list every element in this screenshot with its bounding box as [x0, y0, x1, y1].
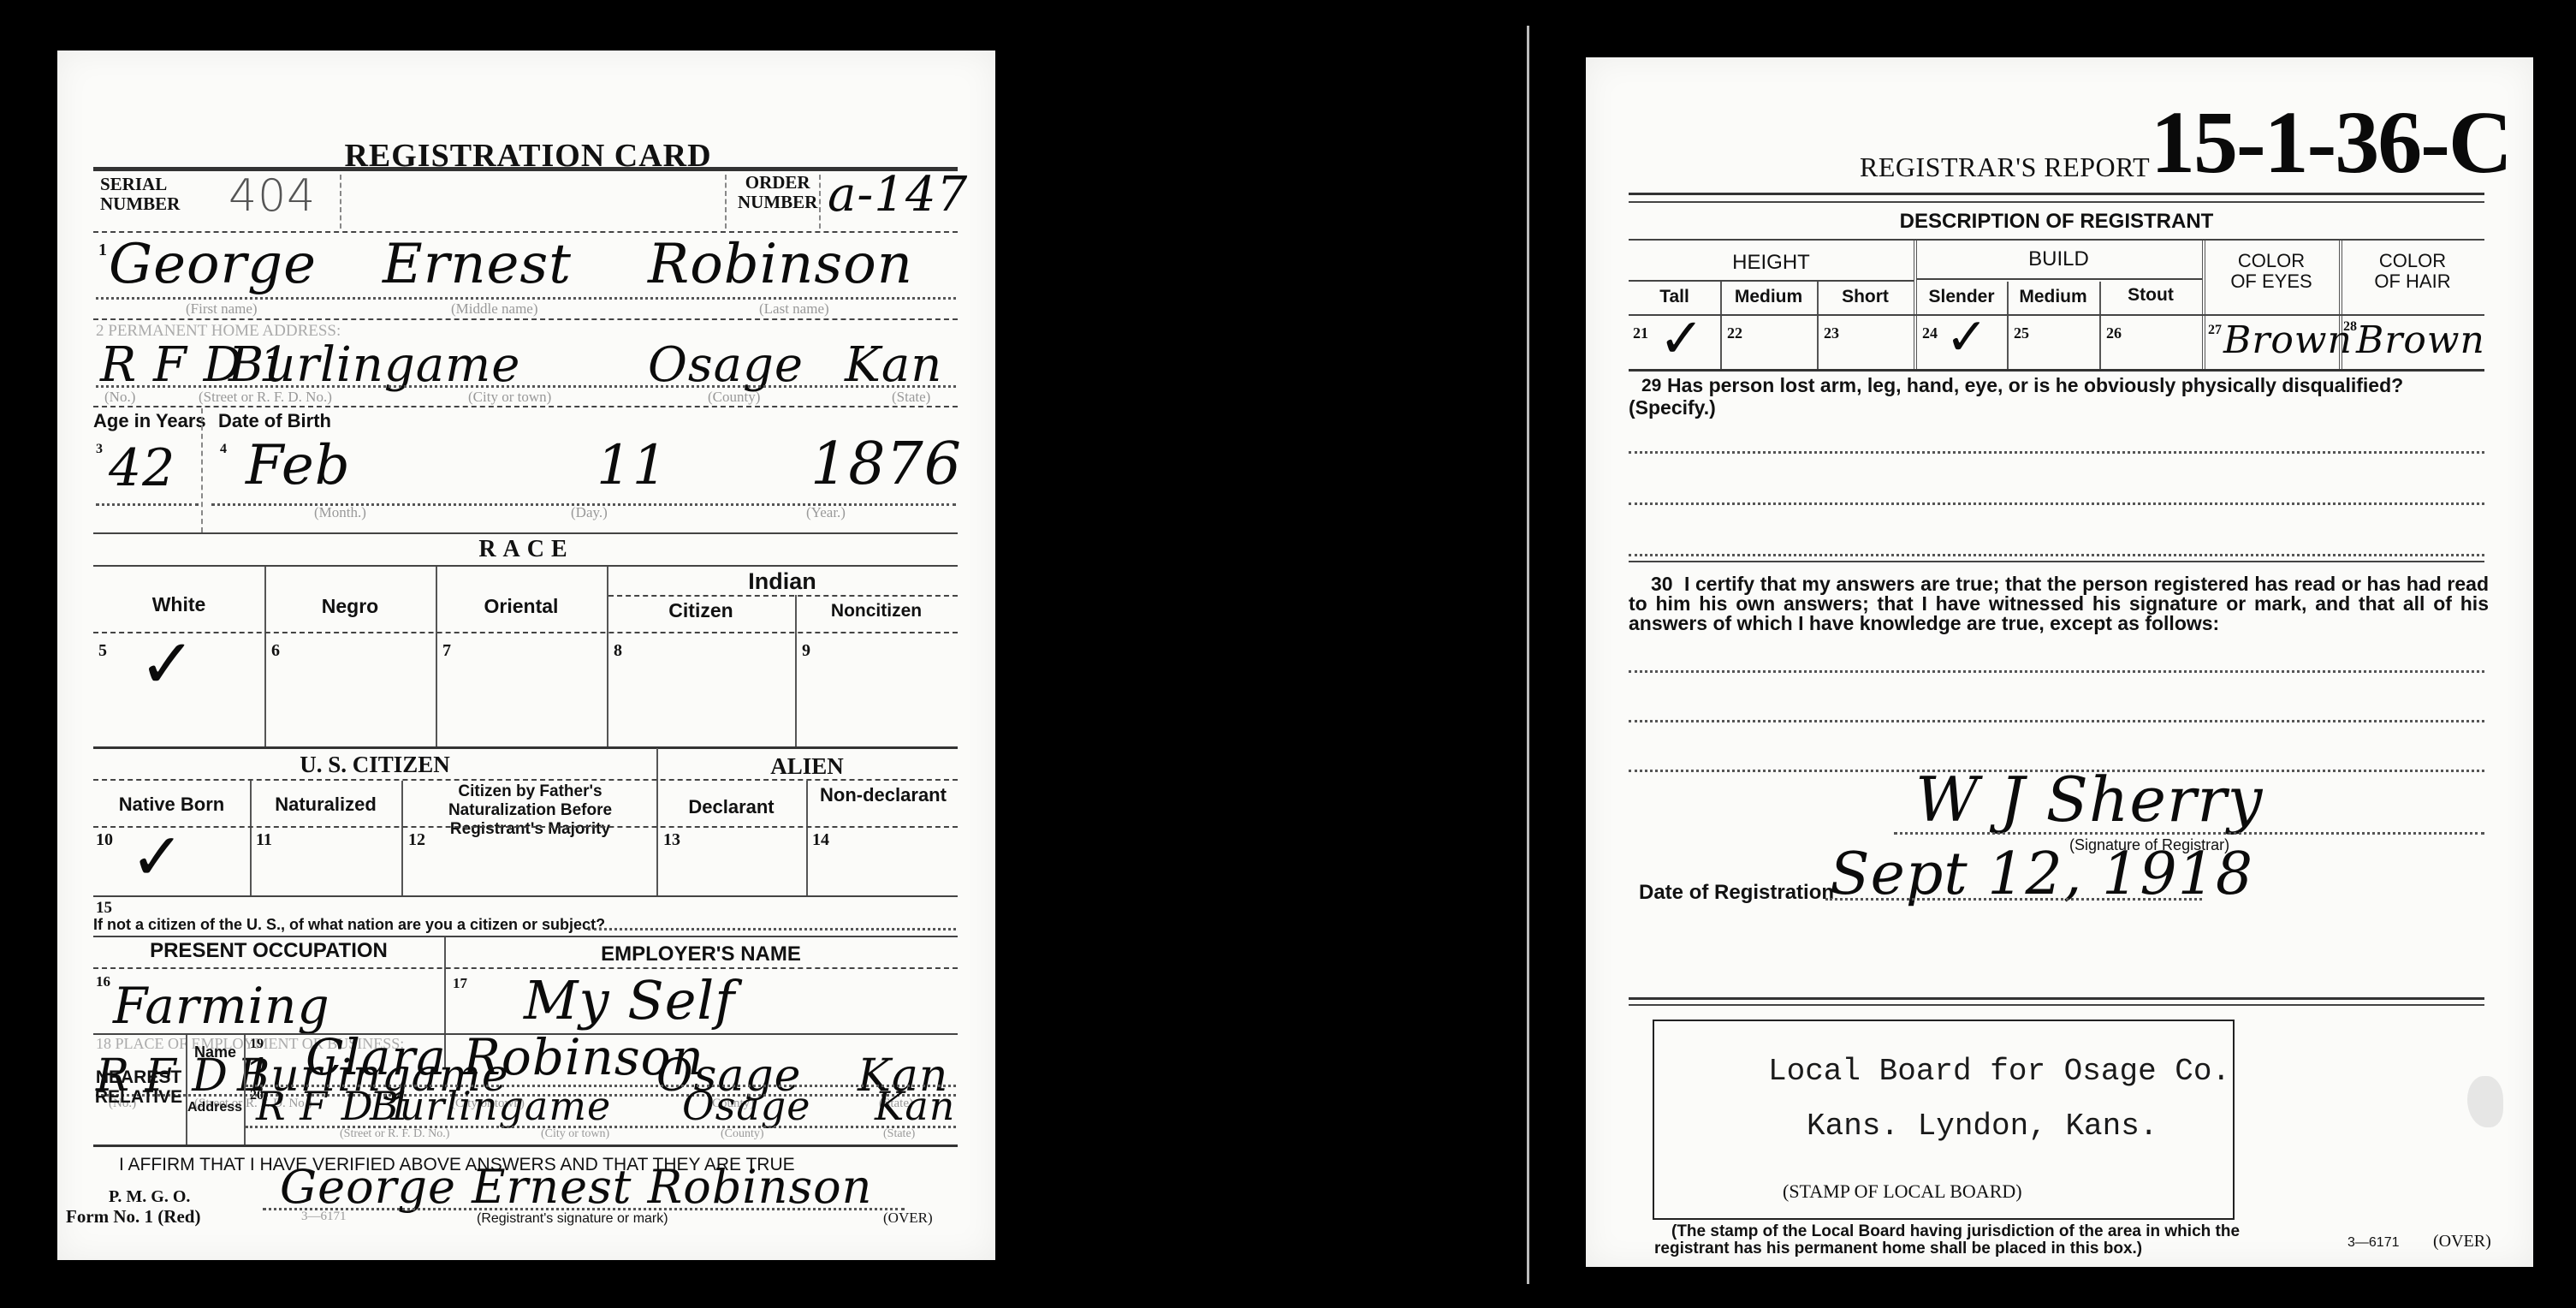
q29-number: 29 — [1641, 376, 1661, 396]
height-col-medium: Medium — [1720, 287, 1817, 307]
build-heading: BUILD — [1915, 247, 2202, 271]
height-col-short: Short — [1817, 287, 1914, 307]
stamp-line-2: Kans. Lyndon, Kans. — [1807, 1109, 2158, 1144]
q29-answer-line-3 — [1629, 554, 2484, 556]
over-label: (OVER) — [2433, 1232, 2491, 1252]
q29-answer-line-2 — [1629, 502, 2484, 505]
registrars-report-card: REGISTRAR'S REPORT 15-1-36-C DESCRIPTION… — [1586, 57, 2533, 1267]
stamp-line-1: Local Board for Osage Co. — [1768, 1054, 2230, 1089]
q30-certification: 30 I certify that my answers are true; t… — [1629, 574, 2489, 633]
registrars-report-title: REGISTRAR'S REPORT — [1860, 152, 2150, 183]
build-slender-checkmark: ✓ — [1945, 307, 1989, 367]
stamp-number: 15-1-36-C — [2151, 92, 2511, 193]
print-code: 3—6171 — [2347, 1235, 2400, 1251]
q29-answer-line-1 — [1629, 451, 2484, 454]
date-of-registration-label: Date of Registration — [1639, 881, 1834, 905]
height-tall-checkmark: ✓ — [1659, 307, 1706, 371]
registration-card-front-bottom — [57, 51, 995, 1260]
hair-color-value: Brown — [2356, 318, 2485, 362]
hair-heading: COLOROF HAIR — [2341, 251, 2484, 292]
build-col-stout: Stout — [2099, 285, 2202, 306]
eyes-heading: COLOROF EYES — [2204, 251, 2339, 292]
scan-divider-line — [1527, 26, 1529, 1284]
stamp-caption: (STAMP OF LOCAL BOARD) — [1783, 1180, 2022, 1203]
stamp-instruction-note: (The stamp of the Local Board having jur… — [1654, 1223, 2253, 1257]
eye-color-value: Brown — [2223, 318, 2353, 362]
height-col-tall: Tall — [1629, 287, 1720, 307]
build-col-slender: Slender — [1916, 287, 2007, 307]
registrar-signature-value: W J Sherry — [1915, 764, 2263, 835]
paper-blemish — [2467, 1076, 2503, 1127]
local-board-stamp-box: Local Board for Osage Co. Kans. Lyndon, … — [1653, 1020, 2235, 1220]
q29-question: Has person lost arm, leg, hand, eye, or … — [1667, 374, 2403, 397]
height-heading: HEIGHT — [1629, 251, 1914, 275]
build-col-medium: Medium — [2007, 287, 2099, 307]
q30-answer-line-2 — [1629, 720, 2484, 722]
description-heading: DESCRIPTION OF REGISTRANT — [1629, 210, 2484, 234]
q30-answer-line-1 — [1629, 670, 2484, 673]
q29-specify: (Specify.) — [1629, 396, 1716, 419]
